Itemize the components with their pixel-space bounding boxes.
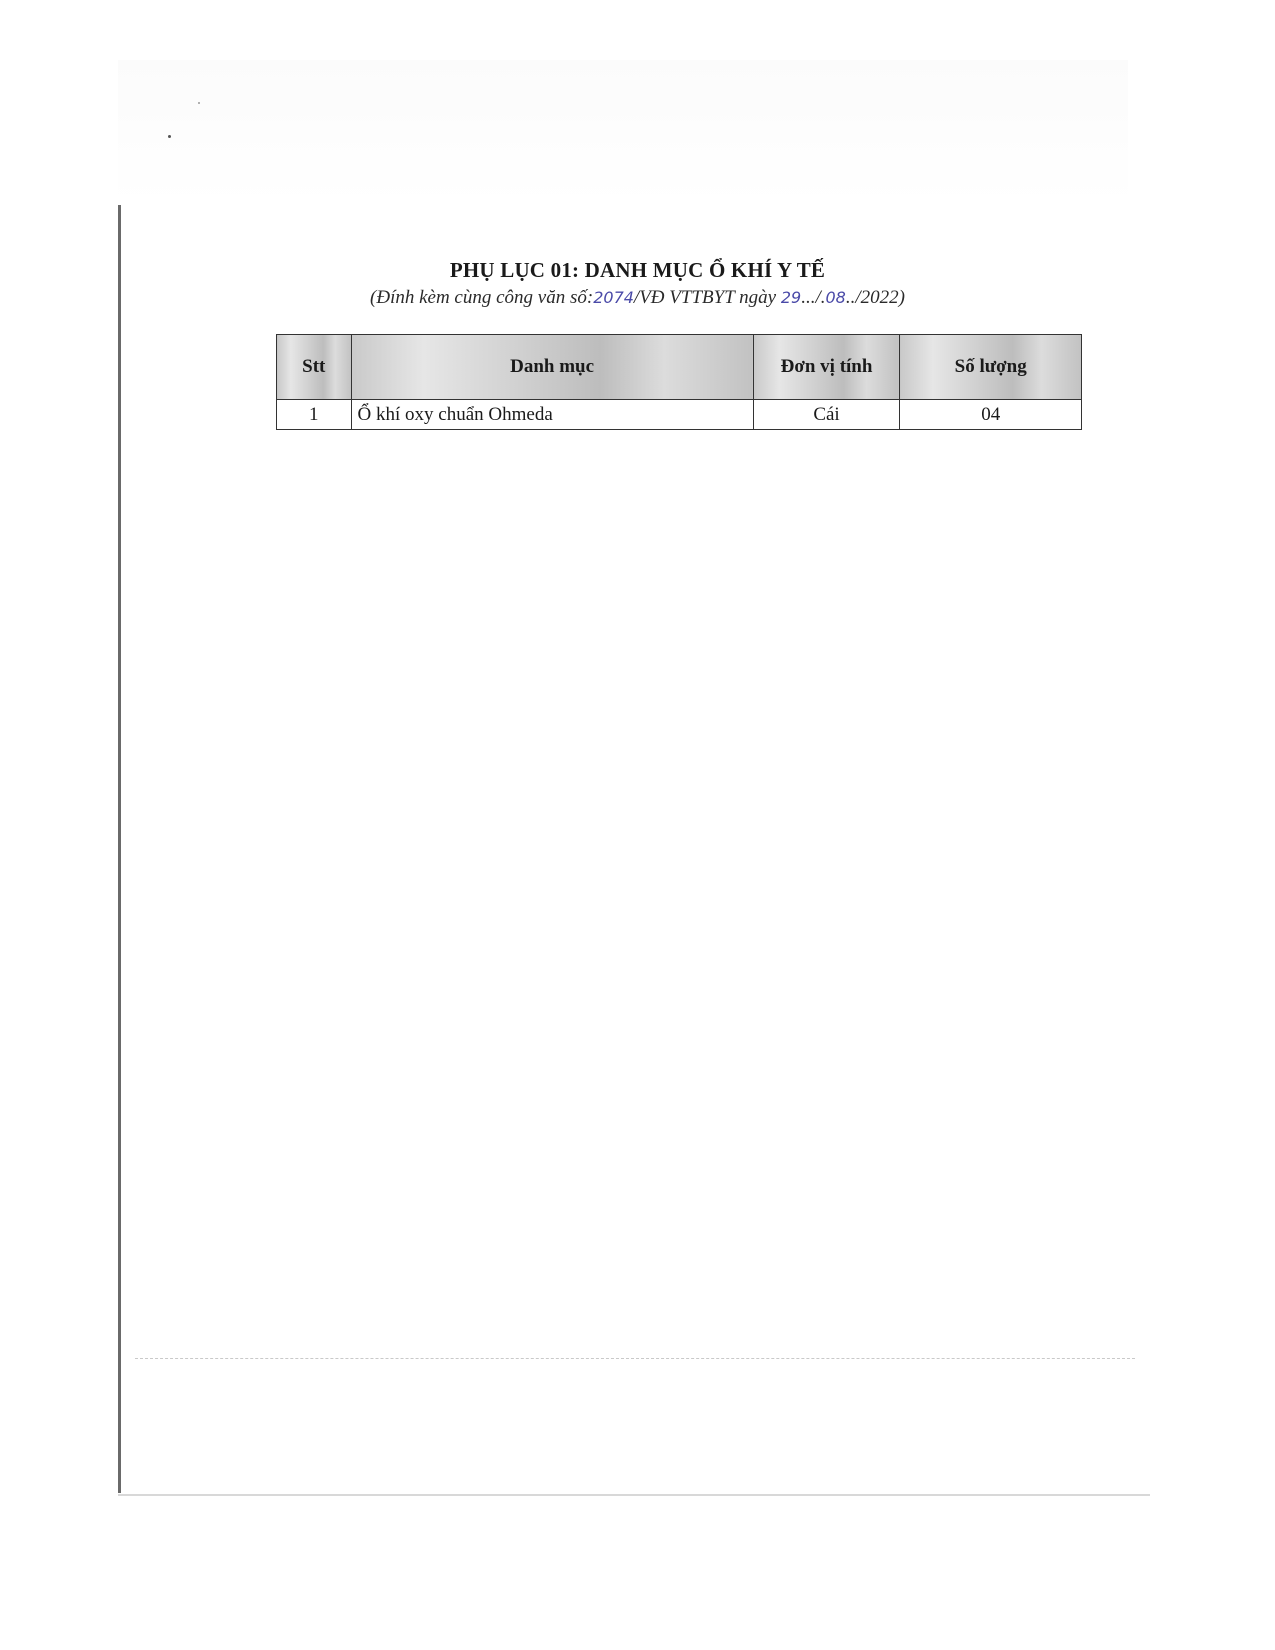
header-so-luong: Số lượng (900, 335, 1082, 400)
table-header-row: Stt Danh mục Đơn vị tính Số lượng (277, 335, 1082, 400)
subtitle-middle: /VĐ VTTBYT ngày (634, 287, 776, 308)
handwritten-month: 08 (826, 288, 846, 307)
cell-stt: 1 (277, 400, 352, 430)
cell-so-luong: 04 (900, 400, 1082, 430)
page-bottom-edge (118, 1494, 1150, 1496)
cell-danh-muc: Ổ khí oxy chuẩn Ohmeda (351, 400, 753, 430)
handwritten-day: 29 (781, 288, 801, 307)
subtitle-sep: .../. (801, 287, 825, 308)
subtitle-prefix: (Đính kèm cùng công văn số: (370, 287, 593, 308)
handwritten-doc-number: 2074 (593, 288, 634, 307)
fold-line (135, 1358, 1135, 1359)
cell-don-vi-tinh: Cái (753, 400, 900, 430)
scan-speck (168, 135, 171, 138)
header-danh-muc: Danh mục (351, 335, 753, 400)
scan-top-shadow (118, 60, 1128, 205)
document-subtitle: (Đính kèm cùng công văn số:2074/VĐ VTTBY… (0, 287, 1275, 309)
document-title: PHỤ LỤC 01: DANH MỤC Ổ KHÍ Y TẾ (0, 258, 1275, 283)
header-stt: Stt (277, 335, 352, 400)
scan-speck (198, 102, 200, 104)
subtitle-suffix: ../2022) (846, 287, 905, 308)
table-row: 1 Ổ khí oxy chuẩn Ohmeda Cái 04 (277, 400, 1082, 430)
items-table: Stt Danh mục Đơn vị tính Số lượng 1 Ổ kh… (276, 334, 1082, 430)
header-don-vi-tinh: Đơn vị tính (753, 335, 900, 400)
